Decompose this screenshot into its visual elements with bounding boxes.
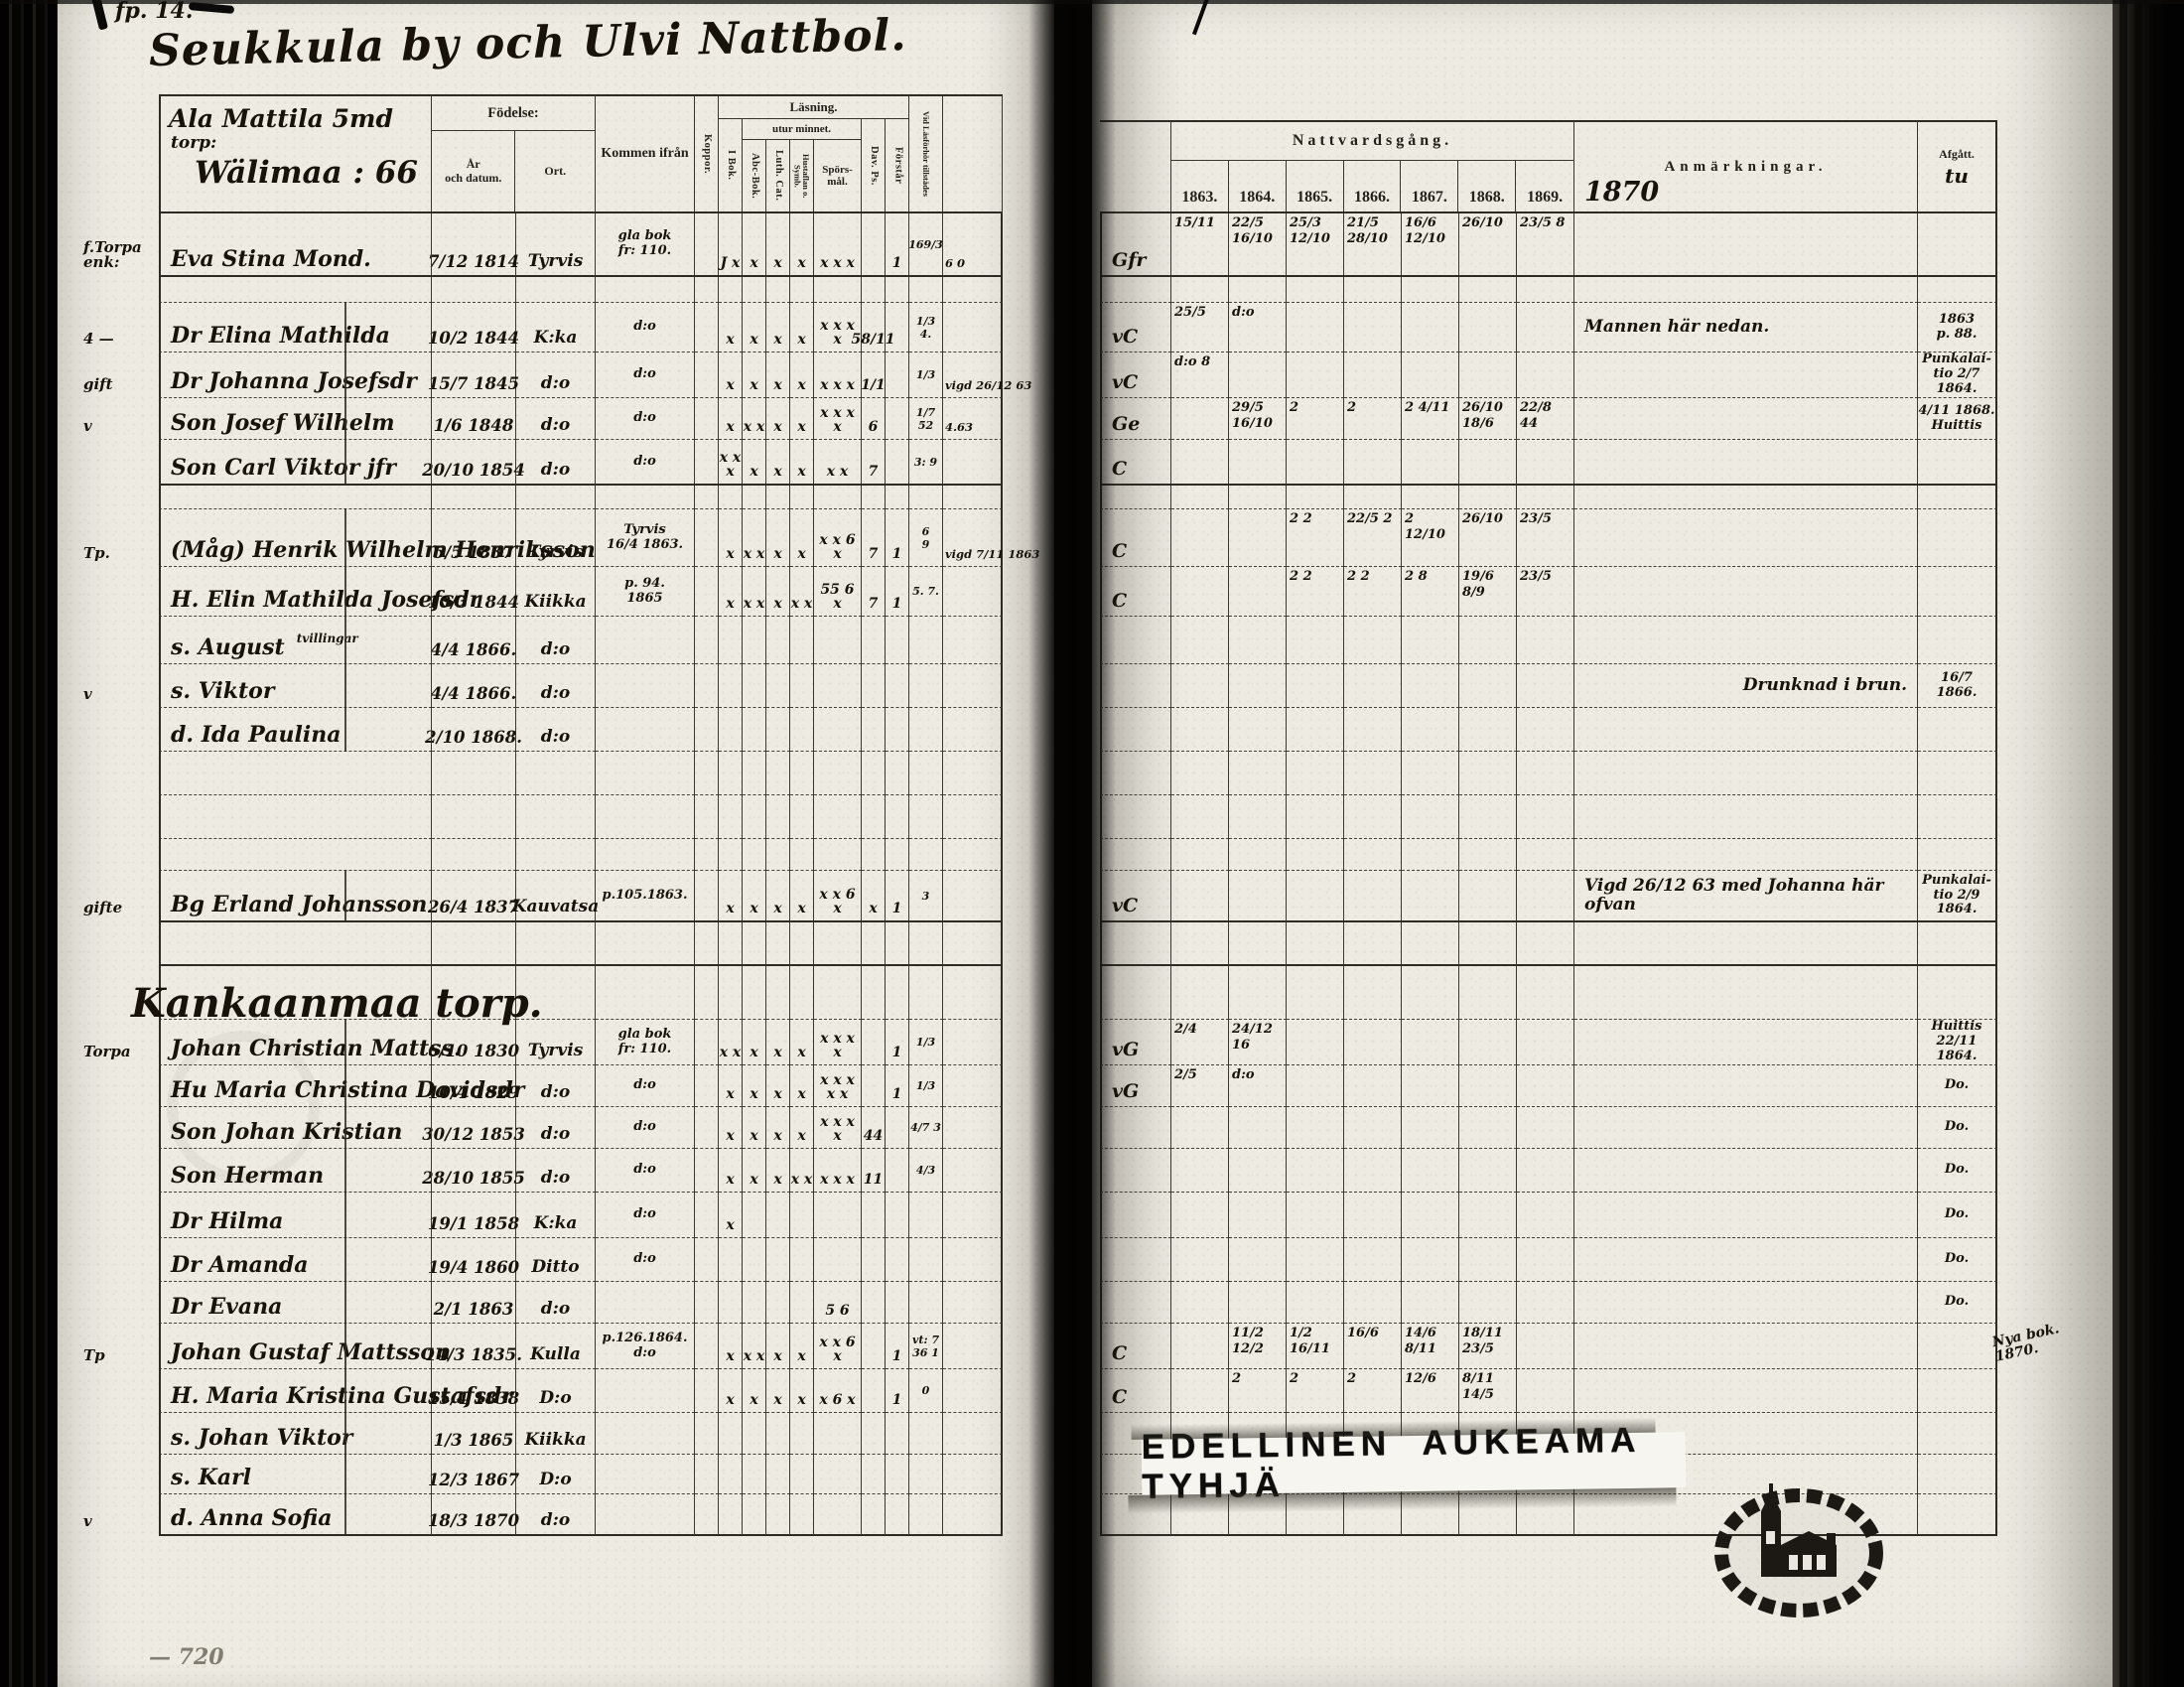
cell-reading-mark-text: 7	[869, 597, 879, 612]
cell-birth-place-text: Kiikka	[524, 592, 586, 612]
cell-communion-1869	[1517, 303, 1574, 352]
cell-birth-date-text: 10/2 1844	[428, 329, 519, 348]
cell-reading-mark: x x	[790, 1149, 814, 1193]
cell-name: Tp.(Måg) Henrik Wilhelm Henriksson	[159, 509, 432, 567]
cell-reading-mark-text: x	[750, 1046, 757, 1060]
reading-group-header: Läsning. I Bok. utur minnet. Abc-Bok. Lu…	[719, 94, 909, 213]
cell-came-from: d:o	[596, 352, 695, 398]
cell-reading-mark	[790, 1494, 814, 1536]
cell-reading-mark: x	[743, 1107, 766, 1149]
cell-page-edge	[943, 708, 1003, 752]
cell-reading-mark-text: 5 6	[825, 1304, 849, 1319]
cell-reading-mark-text: x	[750, 1087, 757, 1102]
departed-header: Afgått. tu	[1918, 120, 1997, 213]
person-name: Bg Erland Johansson	[171, 892, 427, 917]
year-header-1867: 1867.	[1401, 161, 1458, 211]
cell-communion-1863	[1171, 795, 1229, 839]
cell-reading-mark-text: x	[750, 333, 757, 348]
cell-reading-mark	[814, 1494, 862, 1536]
cell-reading-mark-text: x	[773, 465, 781, 480]
cell-reading-mark: x	[743, 303, 766, 352]
cell-reading-mark-text: 55 6 x	[814, 583, 861, 612]
cell-reading-mark: x x	[743, 509, 766, 567]
cell-reading-mark	[766, 1238, 790, 1282]
cell-remarks	[1574, 1369, 1918, 1413]
cell-remarks	[1574, 213, 1918, 277]
cell-reading-mark-text: x	[797, 1087, 805, 1102]
abc-book-header: Abc-Bok.	[743, 140, 766, 211]
cell-reading-mark-text: x x	[791, 1173, 813, 1188]
cell-birth-date: 4/4 1866.	[432, 617, 516, 664]
row-prefix: v	[83, 1514, 157, 1530]
cell-attendance: 1/3	[909, 1065, 943, 1107]
cell-communion-1867	[1402, 440, 1459, 486]
cell-reading-mark	[790, 922, 814, 966]
cell-birth-place: d:o	[516, 664, 596, 708]
cell-reading-mark-text: x	[797, 420, 805, 435]
cell-reading-mark: x x	[719, 1020, 743, 1065]
cell-departed-text: Do.	[1945, 1120, 1969, 1135]
cell-birth-place: D:o	[516, 1455, 596, 1494]
cell-attendance: 3: 9	[909, 440, 943, 486]
cell-reading-mark: x	[719, 1149, 743, 1193]
cell-departed: Do.	[1918, 1282, 1997, 1324]
cell-reading-mark	[766, 922, 790, 966]
cell-page-edge	[943, 1238, 1003, 1282]
cell-reading-mark	[695, 1193, 719, 1238]
cell-departed-text: 16/7 1866.	[1937, 671, 1978, 701]
cell-name	[159, 839, 432, 871]
cell-birth-date-text: 20/10 1854	[422, 461, 525, 480]
cell-reading-mark	[695, 440, 719, 486]
cell-came-from	[596, 752, 695, 795]
cell-communion-1867	[1402, 871, 1459, 922]
cell-birth-date	[432, 752, 516, 795]
cell-communion-1866	[1344, 708, 1402, 752]
cell-reading-mark	[886, 795, 909, 839]
cell-reading-mark	[766, 486, 790, 509]
cell-communion-1869-text: 23/5 8	[1520, 215, 1565, 230]
cell-reading-mark	[719, 708, 743, 752]
cell-communion-1869	[1517, 352, 1574, 398]
cell-attendance-text: 5. 7.	[912, 585, 939, 598]
cell-reading-mark: x x x x x	[814, 1065, 862, 1107]
cell-reading-mark: x	[743, 1020, 766, 1065]
cell-reading-mark	[766, 839, 790, 871]
cell-communion-1864	[1229, 617, 1287, 664]
cell-communion-1867-text: 16/6 12/10	[1405, 215, 1445, 246]
cell-reading-mark-text: x	[773, 378, 781, 393]
person-name: Eva Stina Mond.	[171, 246, 371, 272]
cell-came-from-text: d:o	[633, 1163, 656, 1178]
cell-communion-lead-text: Gfr	[1112, 249, 1146, 271]
cell-reading-mark: x	[790, 871, 814, 922]
cell-reading-mark-text: 1	[892, 1349, 902, 1364]
cell-communion-1867	[1402, 708, 1459, 752]
cell-reading-mark: x	[719, 352, 743, 398]
cell-remarks	[1574, 1065, 1918, 1107]
cell-page-edge	[943, 303, 1003, 352]
cell-reading-mark-text: x	[773, 1173, 781, 1188]
cell-came-from-text: d:o	[633, 1120, 656, 1135]
row-prefix: v	[83, 687, 157, 703]
cell-reading-mark	[719, 664, 743, 708]
cell-name: vd. Anna Sofia	[159, 1494, 432, 1536]
cell-birth-date: 15/7 1845	[432, 352, 516, 398]
cell-remarks: Vigd 26/12 63 med Johanna här ofvan	[1574, 871, 1918, 922]
cell-birth-date-text: 30/12 1853	[422, 1125, 525, 1144]
cell-birth-place-text: Tyrvis	[528, 251, 584, 271]
cell-remarks	[1574, 795, 1918, 839]
cell-name	[159, 486, 432, 509]
cell-reading-mark	[695, 752, 719, 795]
cell-reading-mark	[814, 1193, 862, 1238]
row-prefix: gifte	[83, 901, 157, 916]
cell-reading-mark	[695, 1149, 719, 1193]
cell-reading-mark: x	[719, 1324, 743, 1369]
cell-communion-1864-text: 24/12 16	[1232, 1022, 1273, 1053]
cell-reading-mark	[719, 966, 743, 1020]
cell-communion-1864	[1229, 664, 1287, 708]
cell-birth-date	[432, 795, 516, 839]
cell-communion-1863	[1171, 966, 1229, 1020]
cell-reading-mark: x x x	[814, 213, 862, 277]
cell-reading-mark: 7	[862, 509, 886, 567]
cell-reading-mark-text: 1	[892, 1046, 902, 1060]
cell-reading-mark: x x x	[814, 352, 862, 398]
cell-reading-mark	[766, 795, 790, 839]
cell-page-edge	[943, 1193, 1003, 1238]
cell-communion-1863-text: 2/5	[1174, 1067, 1197, 1082]
cell-attendance-text: 3	[922, 890, 930, 903]
cell-reading-mark-text: 1	[892, 1393, 902, 1408]
cell-reading-mark	[743, 1193, 766, 1238]
cell-reading-mark	[814, 839, 862, 871]
departed-note: tu	[1945, 164, 1969, 188]
cell-reading-mark	[862, 277, 886, 303]
cell-reading-mark-text: x x x	[820, 1173, 855, 1188]
cell-attendance-text: 1/3	[916, 1036, 935, 1049]
cell-birth-place	[516, 795, 596, 839]
cell-reading-mark: 44	[862, 1107, 886, 1149]
cell-communion-1867	[1402, 839, 1459, 871]
cell-reading-mark	[766, 1455, 790, 1494]
cell-attendance: 5. 7.	[909, 567, 943, 617]
cell-communion-1865	[1287, 664, 1344, 708]
cell-reading-mark-text: x x	[827, 465, 849, 480]
cell-birth-date: 30/12 1853	[432, 1107, 516, 1149]
cell-communion-1866	[1344, 1238, 1402, 1282]
person-name: Hu Maria Christina Davidsdr	[171, 1077, 524, 1103]
cell-birth-place-text: Kiikka	[524, 1430, 586, 1450]
cell-reading-mark: 11	[862, 1149, 886, 1193]
cell-communion-1866	[1344, 922, 1402, 966]
cell-communion-1865	[1287, 440, 1344, 486]
cell-reading-mark	[886, 966, 909, 1020]
cell-reading-mark: x	[790, 440, 814, 486]
cell-communion-1865-text: 25/3 12/10	[1290, 215, 1330, 246]
cell-communion-1864: d:o	[1229, 1065, 1287, 1107]
cell-birth-date: 12/3 1867	[432, 1455, 516, 1494]
cell-communion-1866	[1344, 1107, 1402, 1149]
edge-note: vigd 7/11 1863	[945, 547, 1039, 561]
cell-communion-1869	[1517, 966, 1574, 1020]
cell-reading-mark	[743, 664, 766, 708]
cell-communion-1867	[1402, 1107, 1459, 1149]
cell-page-edge	[943, 1369, 1003, 1413]
cell-birth-date: 19/4 1860	[432, 1238, 516, 1282]
cell-page-edge	[943, 440, 1003, 486]
cell-birth-place: d:o	[516, 1065, 596, 1107]
cell-attendance	[909, 752, 943, 795]
cell-communion-1865	[1287, 1282, 1344, 1324]
cell-reading-mark	[862, 213, 886, 277]
cell-remarks	[1574, 1324, 1918, 1369]
cell-reading-mark	[695, 303, 719, 352]
cell-reading-mark	[766, 277, 790, 303]
farm-heading-line3: Wälimaa : 66	[195, 155, 431, 191]
cell-communion-1865	[1287, 277, 1344, 303]
row-prefix: v	[83, 419, 157, 435]
cell-reading-mark: 1	[886, 509, 909, 567]
cell-communion-1868	[1459, 1065, 1517, 1107]
cell-page-edge	[943, 664, 1003, 708]
cell-reading-mark	[719, 277, 743, 303]
cell-reading-mark: x	[766, 1149, 790, 1193]
cell-communion-1863: d:o 8	[1171, 352, 1229, 398]
cell-reading-mark: x	[743, 1369, 766, 1413]
cell-reading-mark: x	[719, 509, 743, 567]
cell-communion-1865	[1287, 486, 1344, 509]
cell-reading-mark-text: 1	[892, 902, 902, 916]
psalms-header: Dav. Ps.	[862, 119, 886, 211]
cell-reading-mark-text: x	[773, 1087, 781, 1102]
cell-reading-mark: x	[790, 303, 814, 352]
cell-reading-mark	[790, 664, 814, 708]
cell-communion-1869	[1517, 1324, 1574, 1369]
cell-communion-1869	[1517, 1065, 1574, 1107]
cell-reading-mark	[886, 1149, 909, 1193]
cell-remarks	[1574, 1193, 1918, 1238]
cell-communion-1865-text: 2 2	[1290, 511, 1312, 526]
cell-reading-mark	[862, 839, 886, 871]
cell-communion-1866-text: 2	[1347, 400, 1356, 415]
cell-communion-1863	[1171, 1149, 1229, 1193]
cell-reading-mark: 7	[862, 440, 886, 486]
cell-remarks-text: Vigd 26/12 63 med Johanna här ofvan	[1584, 877, 1907, 914]
cell-reading-mark: x x	[743, 398, 766, 440]
cell-reading-mark	[886, 398, 909, 440]
cell-name	[159, 795, 432, 839]
cell-communion-1869	[1517, 1282, 1574, 1324]
cell-birth-place: d:o	[516, 1107, 596, 1149]
cell-birth-place-text: Kulla	[530, 1344, 581, 1364]
cell-communion-1869-text: 23/5	[1520, 511, 1552, 526]
cell-communion-1864	[1229, 871, 1287, 922]
cell-remarks	[1574, 1238, 1918, 1282]
cell-communion-1868	[1459, 617, 1517, 664]
cell-came-from	[596, 617, 695, 664]
cell-attendance-text: 4/3	[916, 1164, 935, 1177]
cell-came-from	[596, 1282, 695, 1324]
cell-departed: Do.	[1918, 1149, 1997, 1193]
cell-remarks	[1574, 752, 1918, 795]
person-name: Dr Elina Mathilda	[171, 323, 390, 349]
cell-page-edge	[943, 795, 1003, 839]
cell-reading-mark	[862, 1020, 886, 1065]
cell-communion-1865: 2 2	[1287, 509, 1344, 567]
understands-header: Förstår	[886, 119, 909, 211]
cell-reading-mark	[886, 922, 909, 966]
cell-reading-mark: x	[766, 213, 790, 277]
birth-group-header: Födelse: År och datum. Ort.	[432, 94, 596, 213]
cell-departed-text: Do.	[1945, 1207, 1969, 1222]
cell-birth-place: Kulla	[516, 1324, 596, 1369]
cell-communion-1864-text: 29/5 16/10	[1232, 400, 1273, 431]
cell-reading-mark	[719, 922, 743, 966]
birth-group-label: Födelse:	[432, 96, 595, 131]
cell-reading-mark	[695, 966, 719, 1020]
cell-reading-mark	[886, 486, 909, 509]
cell-communion-1865	[1287, 1065, 1344, 1107]
cell-communion-1868-text: 8/11 14/5	[1462, 1371, 1494, 1402]
cell-reading-mark	[862, 795, 886, 839]
cell-came-from	[596, 966, 695, 1020]
cell-communion-1868	[1459, 1282, 1517, 1324]
cell-communion-1868-text: 26/10 18/6	[1462, 400, 1503, 431]
cell-reading-mark	[743, 922, 766, 966]
cell-communion-1866	[1344, 1282, 1402, 1324]
cell-reading-mark	[695, 1282, 719, 1324]
cell-birth-date-text: 19/1 1858	[428, 1214, 519, 1233]
cell-reading-mark-text: x	[773, 1349, 781, 1364]
cell-reading-mark	[814, 795, 862, 839]
cell-came-from	[596, 708, 695, 752]
cell-departed-text: Punkalai- tio 2/7 1864.	[1918, 352, 1995, 397]
cell-communion-1866	[1344, 871, 1402, 922]
cell-departed	[1918, 486, 1997, 509]
cell-reading-mark-text: x	[773, 547, 781, 562]
cell-reading-mark-text: x	[726, 378, 734, 393]
cell-reading-mark	[886, 1107, 909, 1149]
year-header-1863: 1863.	[1171, 161, 1229, 211]
cell-came-from: d:o	[596, 303, 695, 352]
cell-communion-1864: 2	[1229, 1369, 1287, 1413]
cell-birth-date: 1/3 1865	[432, 1413, 516, 1455]
cell-communion-1867: 2 8	[1402, 567, 1459, 617]
cell-communion-1869	[1517, 839, 1574, 871]
cell-name: d. Ida Paulina	[159, 708, 432, 752]
cell-birth-date-text: 18/3 1870	[428, 1511, 519, 1530]
cell-communion-1869	[1517, 1238, 1574, 1282]
cell-reading-mark	[695, 398, 719, 440]
cell-reading-mark: x 6 x	[814, 1369, 862, 1413]
cell-reading-mark	[862, 1238, 886, 1282]
cell-communion-1869: 23/5 8	[1517, 213, 1574, 277]
cell-communion-1868: 26/10 18/6	[1459, 398, 1517, 440]
cell-reading-mark-text: x	[773, 256, 781, 271]
cell-communion-1864	[1229, 277, 1287, 303]
cell-reading-mark: J x	[719, 213, 743, 277]
cell-remarks	[1574, 1149, 1918, 1193]
cell-communion-1866	[1344, 440, 1402, 486]
cell-communion-1867	[1402, 922, 1459, 966]
cell-page-edge	[943, 1020, 1003, 1065]
cell-reading-mark	[743, 966, 766, 1020]
cell-reading-mark: x	[790, 509, 814, 567]
person-name: Johan Gustaf Mattsson	[171, 1339, 451, 1365]
cell-departed-text: 4/11 1868. Huittis	[1918, 404, 1994, 434]
cell-reading-mark	[719, 486, 743, 509]
cell-communion-1867	[1402, 303, 1459, 352]
cell-communion-1868	[1459, 1149, 1517, 1193]
cell-communion-1868	[1459, 1193, 1517, 1238]
cell-communion-1869	[1517, 1020, 1574, 1065]
cell-birth-date-text: 26/4 1837	[428, 898, 519, 916]
cell-reading-mark: x	[743, 440, 766, 486]
year-header-1865: 1865.	[1287, 161, 1344, 211]
cell-came-from-text: p.105.1863.	[603, 889, 688, 904]
cell-reading-mark	[814, 922, 862, 966]
cell-reading-mark: x	[790, 1107, 814, 1149]
cell-name: gifteBg Erland Johansson	[159, 871, 432, 922]
cell-birth-place-text: d:o	[541, 1082, 571, 1102]
cell-communion-1868	[1459, 922, 1517, 966]
cell-communion-1863	[1171, 708, 1229, 752]
cell-reading-mark-text: 1	[892, 597, 902, 612]
cell-reading-mark	[743, 839, 766, 871]
in-book-header: I Bok.	[719, 119, 743, 211]
cell-reading-mark-text: x x	[744, 1349, 765, 1364]
cell-came-from	[596, 1455, 695, 1494]
cell-reading-mark	[743, 1413, 766, 1455]
cell-communion-1863	[1171, 567, 1229, 617]
cell-communion-1867	[1402, 1020, 1459, 1065]
cell-reading-mark	[814, 966, 862, 1020]
cell-reading-mark-text: x	[750, 1173, 757, 1188]
cell-attendance	[909, 966, 943, 1020]
cell-communion-1865	[1287, 752, 1344, 795]
cell-birth-date: 4/4 1866.	[432, 664, 516, 708]
cell-birth-place: d:o	[516, 1494, 596, 1536]
cell-reading-mark	[719, 752, 743, 795]
cell-birth-place: d:o	[516, 617, 596, 664]
cell-name	[159, 752, 432, 795]
cell-reading-mark: 55 6 x	[814, 567, 862, 617]
cell-departed	[1918, 795, 1997, 839]
cell-communion-1868: 18/11 23/5	[1459, 1324, 1517, 1369]
cell-reading-mark	[886, 708, 909, 752]
edge-note: 4.63	[945, 420, 973, 434]
cell-communion-1868: 26/10	[1459, 213, 1517, 277]
farm-heading-line2: torp:	[171, 133, 431, 153]
cell-communion-1869	[1517, 922, 1574, 966]
cell-reading-mark	[719, 1455, 743, 1494]
cell-birth-date: 2/10 1868.	[432, 708, 516, 752]
cell-birth-date: 18/3 1870	[432, 1494, 516, 1536]
cell-page-edge	[943, 486, 1003, 509]
cell-page-edge	[943, 1065, 1003, 1107]
cell-communion-1868: 19/6 8/9	[1459, 567, 1517, 617]
cell-reading-mark-text: x	[797, 465, 805, 480]
cell-birth-place: d:o	[516, 398, 596, 440]
scanned-parish-register: Seukkula by och Ulvi Nattbol. fp. 14. Al…	[0, 0, 2184, 1687]
cell-communion-1864	[1229, 708, 1287, 752]
cell-communion-1865	[1287, 617, 1344, 664]
cell-reading-mark	[743, 617, 766, 664]
cell-birth-place: D:o	[516, 1369, 596, 1413]
cell-birth-date-text: 28/10 1855	[422, 1169, 525, 1188]
